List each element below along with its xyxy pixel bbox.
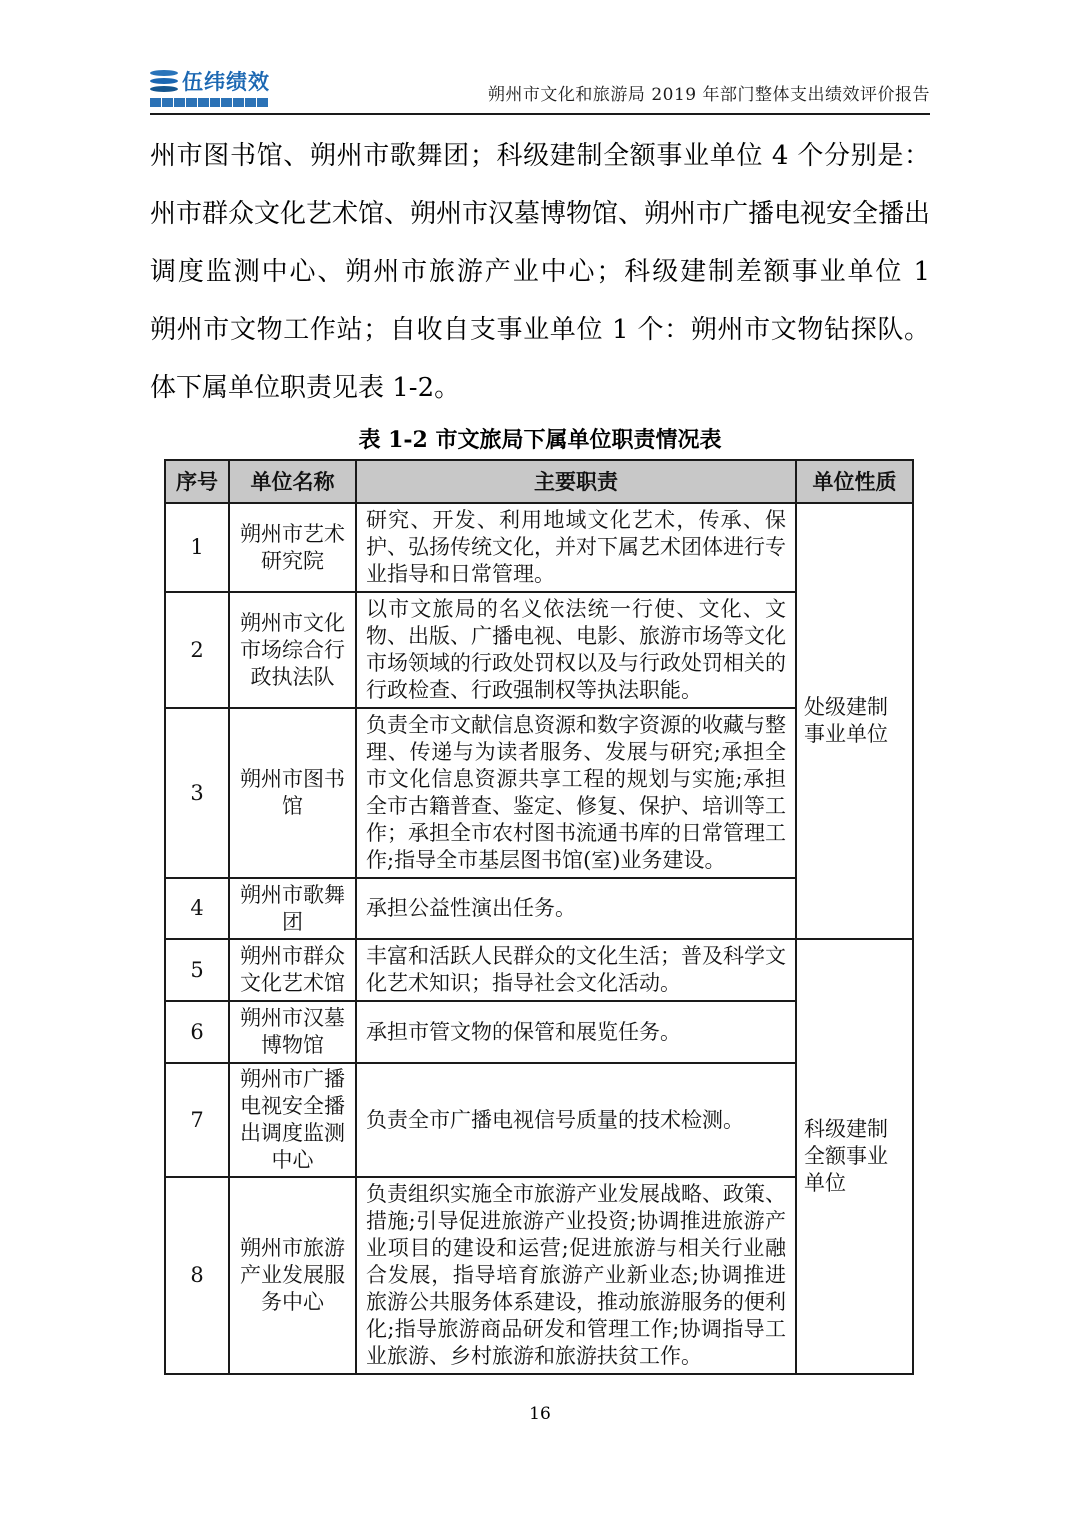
report-title: 朔州市文化和旅游局 2019 年部门整体支出绩效评价报告 bbox=[488, 80, 930, 107]
nature-cell: 处级建制事业单位 bbox=[796, 503, 913, 939]
logo-banner bbox=[150, 98, 268, 107]
row-number-cell: 5 bbox=[165, 939, 229, 1001]
paragraph-line: 州市群众文化艺术馆、朔州市汉墓博物馆、朔州市广播电视安全播出 bbox=[150, 185, 930, 243]
paragraph-line: 朔州市文物工作站；自收自支事业单位 1 个：朔州市文物钻探队。具 bbox=[150, 301, 930, 359]
duty-cell: 研究、开发、利用地域文化艺术，传承、保护、弘扬传统文化，并对下属艺术团体进行专业… bbox=[356, 503, 796, 592]
paragraph-line: 调度监测中心、朔州市旅游产业中心；科级建制差额事业单位 1 个： bbox=[150, 243, 930, 301]
unit-name-cell: 朔州市歌舞团 bbox=[229, 878, 356, 939]
page-content: 伍纬绩效 朔州市文化和旅游局 2019 年部门整体支出绩效评价报告 州市图书馆、… bbox=[150, 0, 930, 1375]
logo-stacked-discs-icon bbox=[150, 69, 178, 93]
duty-cell: 负责全市广播电视信号质量的技术检测。 bbox=[356, 1063, 796, 1177]
unit-name-cell: 朔州市群众文化艺术馆 bbox=[229, 939, 356, 1001]
paragraph-line: 州市图书馆、朔州市歌舞团；科级建制全额事业单位 4 个分别是：朔 bbox=[150, 127, 930, 185]
column-header-no: 序号 bbox=[165, 460, 229, 503]
logo-text: 伍纬绩效 bbox=[182, 66, 270, 96]
subordinate-units-table: 序号 单位名称 主要职责 单位性质 1 朔州市艺术研究院 研究、开发、利用地域文… bbox=[164, 459, 914, 1375]
unit-name-cell: 朔州市文化市场综合行政执法队 bbox=[229, 592, 356, 708]
duty-cell: 承担公益性演出任务。 bbox=[356, 878, 796, 939]
unit-name-cell: 朔州市图书馆 bbox=[229, 708, 356, 878]
row-number-cell: 6 bbox=[165, 1001, 229, 1063]
column-header-duty: 主要职责 bbox=[356, 460, 796, 503]
paragraph-line: 体下属单位职责见表 1-2。 bbox=[150, 359, 930, 417]
page-header: 伍纬绩效 朔州市文化和旅游局 2019 年部门整体支出绩效评价报告 bbox=[150, 0, 930, 115]
duty-cell: 负责全市文献信息资源和数字资源的收藏与整理、传递与为读者服务、发展与研究;承担全… bbox=[356, 708, 796, 878]
duty-cell: 以市文旅局的名义依法统一行使、文化、文物、出版、广播电视、电影、旅游市场等文化市… bbox=[356, 592, 796, 708]
row-number-cell: 3 bbox=[165, 708, 229, 878]
logo-top: 伍纬绩效 bbox=[150, 66, 268, 96]
page-number: 16 bbox=[150, 1404, 930, 1424]
column-header-nature: 单位性质 bbox=[796, 460, 913, 503]
row-number-cell: 4 bbox=[165, 878, 229, 939]
duty-cell: 承担市管文物的保管和展览任务。 bbox=[356, 1001, 796, 1063]
row-number-cell: 1 bbox=[165, 503, 229, 592]
row-number-cell: 8 bbox=[165, 1177, 229, 1374]
duty-cell: 负责组织实施全市旅游产业发展战略、政策、措施;引导促进旅游产业投资;协调推进旅游… bbox=[356, 1177, 796, 1374]
unit-name-cell: 朔州市旅游产业发展服务中心 bbox=[229, 1177, 356, 1374]
unit-name-cell: 朔州市艺术研究院 bbox=[229, 503, 356, 592]
nature-cell: 科级建制全额事业单位 bbox=[796, 939, 913, 1374]
table-row: 1 朔州市艺术研究院 研究、开发、利用地域文化艺术，传承、保护、弘扬传统文化，并… bbox=[165, 503, 913, 592]
table-row: 5 朔州市群众文化艺术馆 丰富和活跃人民群众的文化生活；普及科学文化艺术知识；指… bbox=[165, 939, 913, 1001]
logo: 伍纬绩效 bbox=[150, 66, 268, 107]
table-header-row: 序号 单位名称 主要职责 单位性质 bbox=[165, 460, 913, 503]
row-number-cell: 2 bbox=[165, 592, 229, 708]
unit-name-cell: 朔州市汉墓博物馆 bbox=[229, 1001, 356, 1063]
unit-name-cell: 朔州市广播电视安全播出调度监测中心 bbox=[229, 1063, 356, 1177]
table-title: 表 1-2 市文旅局下属单位职责情况表 bbox=[150, 421, 930, 459]
column-header-unit-name: 单位名称 bbox=[229, 460, 356, 503]
body-paragraph: 州市图书馆、朔州市歌舞团；科级建制全额事业单位 4 个分别是：朔 州市群众文化艺… bbox=[150, 127, 930, 417]
row-number-cell: 7 bbox=[165, 1063, 229, 1177]
document-page: { "header": { "logo_text": "伍纬绩效", "repo… bbox=[0, 0, 1074, 1520]
duty-cell: 丰富和活跃人民群众的文化生活；普及科学文化艺术知识；指导社会文化活动。 bbox=[356, 939, 796, 1001]
